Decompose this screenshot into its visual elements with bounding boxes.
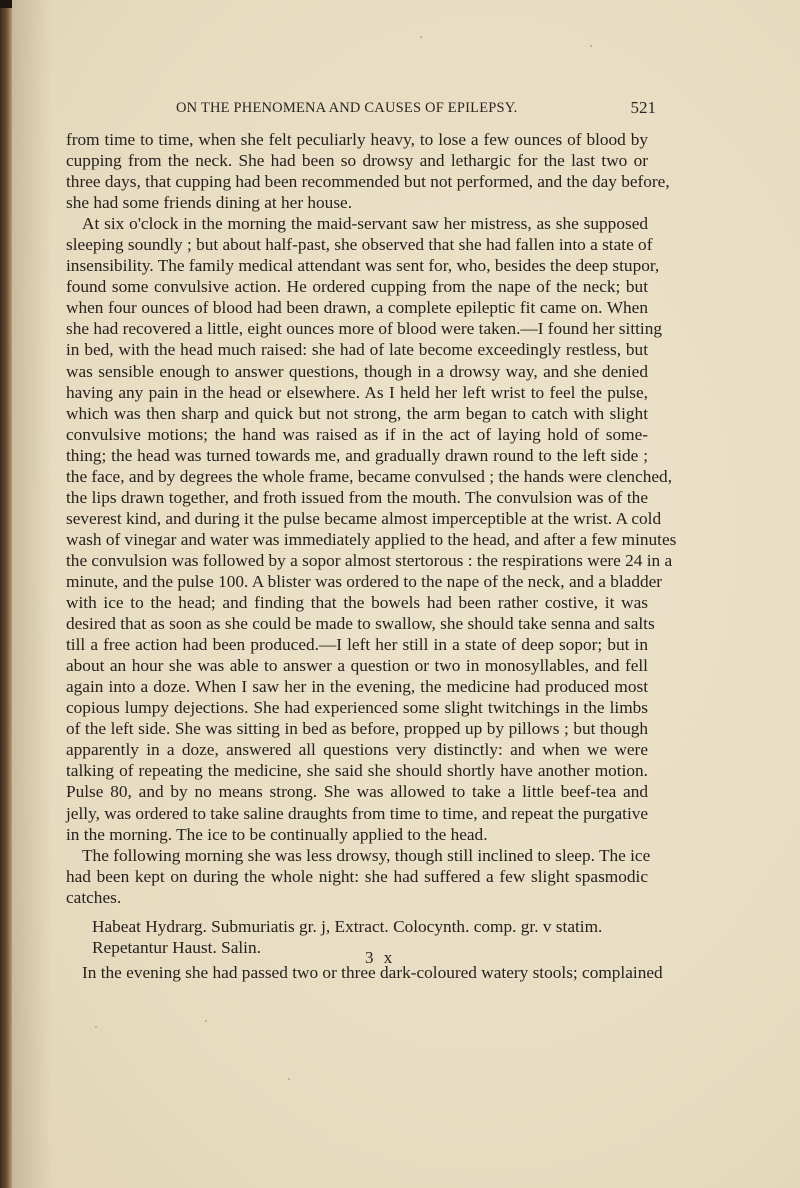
text-line: The following morning she was less drows…: [66, 845, 648, 866]
paper-speck: [95, 1026, 97, 1028]
text-line: having any pain in the head or elsewhere…: [66, 382, 648, 403]
text-line: copious lumpy dejections. She had experi…: [66, 697, 648, 718]
text-line: Pulse 80, and by no means strong. She wa…: [66, 781, 648, 802]
text-line: At six o'clock in the morning the maid-s…: [66, 213, 648, 234]
text-line: talking of repeating the medicine, she s…: [66, 760, 648, 781]
text-line: in the morning. The ice to be continuall…: [66, 824, 648, 845]
text-line: sleeping soundly ; but about half-past, …: [66, 234, 648, 255]
text-line: about an hour she was able to answer a q…: [66, 655, 648, 676]
prescription: Habeat Hydrarg. Submuriatis gr. j, Extra…: [66, 916, 648, 958]
text-line: in bed, with the head much raised: she h…: [66, 339, 648, 360]
text-line: desired that as soon as she could be mad…: [66, 613, 648, 634]
text-line: the face, and by degrees the whole frame…: [66, 466, 648, 487]
body-text: from time to time, when she felt peculia…: [66, 129, 648, 983]
text-line: with ice to the head; and finding that t…: [66, 592, 648, 613]
prescription-line: Habeat Hydrarg. Submuriatis gr. j, Extra…: [92, 916, 648, 937]
paper-speck: [590, 45, 592, 47]
paper-speck: [288, 1078, 290, 1080]
text-line: of the left side. She was sitting in bed…: [66, 718, 648, 739]
running-title: ON THE PHENOMENA AND CAUSES OF EPILEPSY.: [176, 100, 517, 117]
text-line: three days, that cupping had been recomm…: [66, 171, 648, 192]
text-line: minute, and the pulse 100. A blister was…: [66, 571, 648, 592]
text-line: till a free action had been produced.—I …: [66, 634, 648, 655]
paragraph-2: At six o'clock in the morning the maid-s…: [66, 213, 648, 844]
paper-speck: [420, 36, 422, 38]
text-line: when four ounces of blood had been drawn…: [66, 297, 648, 318]
text-line: wash of vinegar and water was immediatel…: [66, 529, 648, 550]
signature-mark: 3 x: [365, 948, 395, 968]
text-line: jelly, was ordered to take saline draugh…: [66, 803, 648, 824]
text-line: the lips drawn together, and froth issue…: [66, 487, 648, 508]
text-line: she had recovered a little, eight ounces…: [66, 318, 648, 339]
text-line: severest kind, and during it the pulse b…: [66, 508, 648, 529]
running-head: ON THE PHENOMENA AND CAUSES OF EPILEPSY.…: [176, 100, 656, 124]
text-line: which was then sharp and quick but not s…: [66, 403, 648, 424]
paragraph-4: In the evening she had passed two or thr…: [66, 962, 648, 983]
text-line: the convulsion was followed by a sopor a…: [66, 550, 648, 571]
text-line: was sensible enough to answer questions,…: [66, 361, 648, 382]
text-line: In the evening she had passed two or thr…: [66, 962, 648, 983]
text-line: insensibility. The family medical attend…: [66, 255, 648, 276]
text-line: convulsive motions; the hand was raised …: [66, 424, 648, 445]
page-number: 521: [631, 98, 657, 118]
text-line: apparently in a doze, answered all quest…: [66, 739, 648, 760]
paper-speck: [205, 1020, 207, 1022]
paragraph-1: from time to time, when she felt peculia…: [66, 129, 648, 213]
text-line: she had some friends dining at her house…: [66, 192, 648, 213]
gutter-shadow: [12, 0, 52, 1188]
text-line: thing; the head was turned towards me, a…: [66, 445, 648, 466]
text-line: had been kept on during the whole night:…: [66, 866, 648, 887]
text-line: from time to time, when she felt peculia…: [66, 129, 648, 150]
text-line: cupping from the neck. She had been so d…: [66, 150, 648, 171]
paragraph-3: The following morning she was less drows…: [66, 845, 648, 908]
text-line: again into a doze. When I saw her in the…: [66, 676, 648, 697]
text-line: found some convulsive action. He ordered…: [66, 276, 648, 297]
book-binding-edge: [0, 0, 12, 1188]
text-line: catches.: [66, 887, 648, 908]
